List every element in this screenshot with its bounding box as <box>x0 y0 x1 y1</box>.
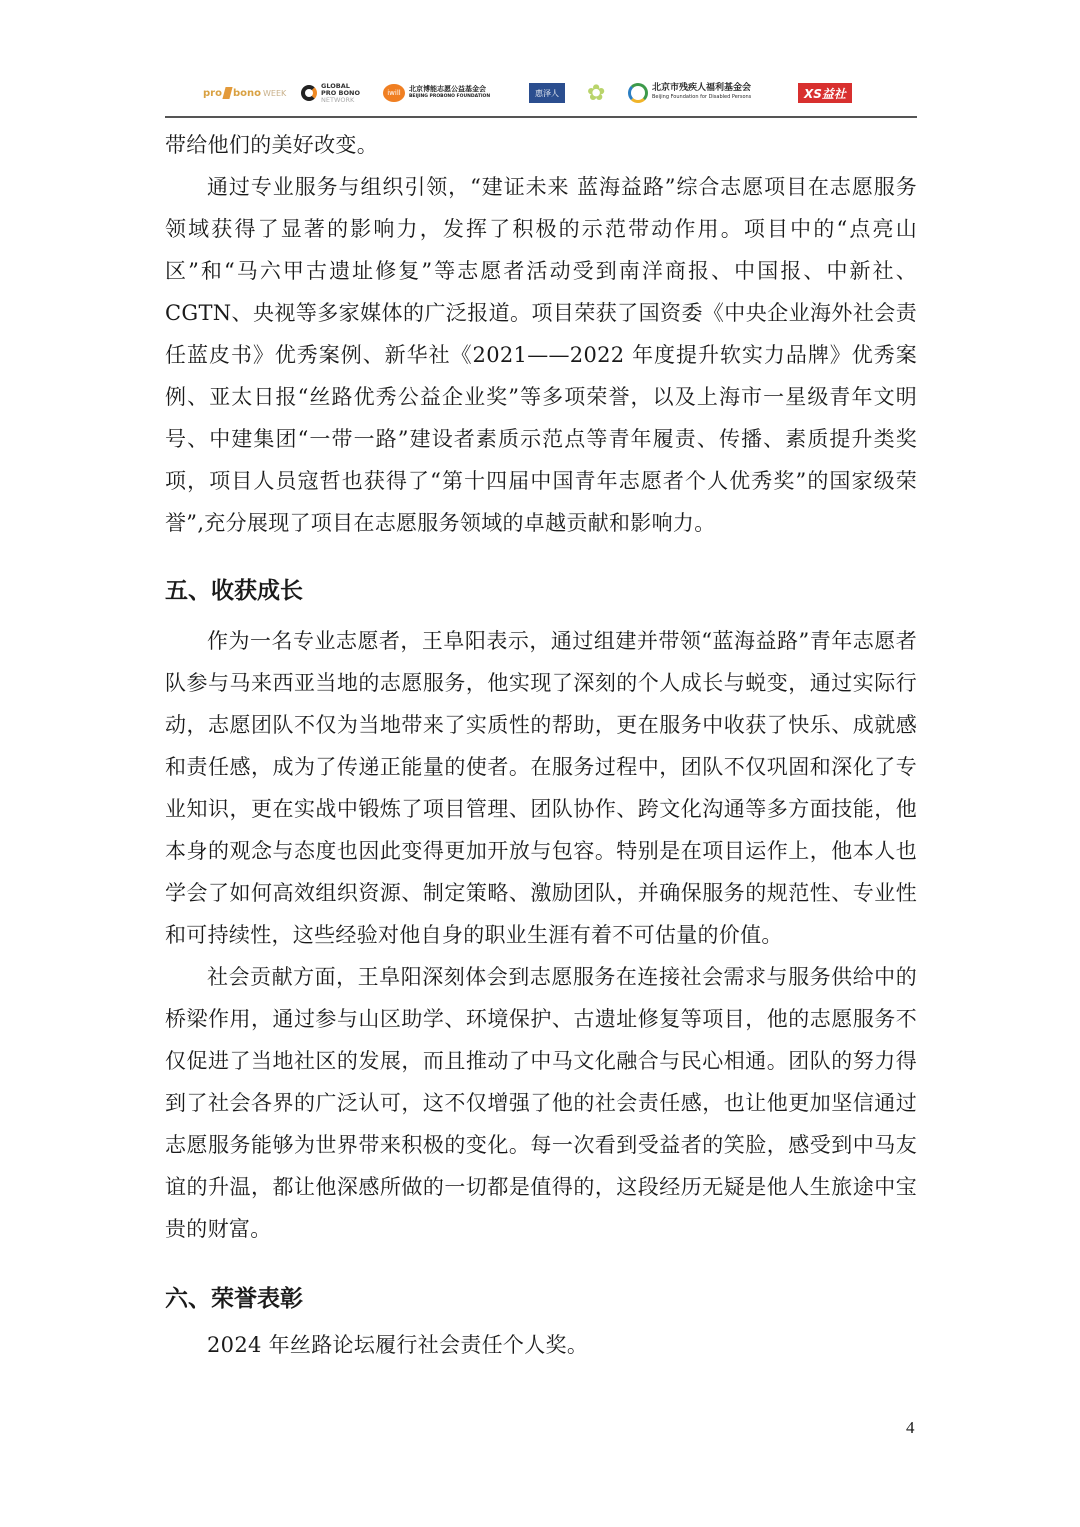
logo-line: BEIJING PROBONO FOUNDATION <box>409 93 490 101</box>
document-body: 带给他们的美好改变。 通过专业服务与组织引领，“建证未来 蓝海益路”综合志愿项目… <box>165 124 917 1366</box>
logo-line: Beijing Foundation for Disabled Persons <box>652 93 751 102</box>
page-header: pro bono WEEK GLOBAL PRO BONO NETWORK iw… <box>165 68 917 116</box>
global-pro-bono-network-logo: GLOBAL PRO BONO NETWORK <box>301 76 360 110</box>
paragraph-personal-growth: 作为一名专业志愿者，王阜阳表示，通过组建并带领“蓝海益路”青年志愿者队参与马来西… <box>165 620 917 956</box>
paragraph-social-contribution: 社会贡献方面，王阜阳深刻体会到志愿服务在连接社会需求与服务供给中的桥梁作用，通过… <box>165 956 917 1250</box>
header-divider <box>165 116 917 118</box>
paragraph-award: 2024 年丝路论坛履行社会责任个人奖。 <box>165 1324 917 1366</box>
logo-text: WEEK <box>263 89 286 98</box>
logo-text: XS益社 <box>798 83 852 103</box>
logo-text: GLOBAL PRO BONO NETWORK <box>321 83 360 104</box>
huize-logo: 惠泽人 <box>529 76 565 110</box>
logo-text: 北京市残疾人福利基金会 Beijing Foundation for Disab… <box>652 84 751 102</box>
pro-bono-week-logo: pro bono WEEK <box>203 76 286 110</box>
volunteer-flower-icon: ✿ <box>587 76 605 110</box>
logo-text: 北京博能志愿公益基金会 BEIJING PROBONO FOUNDATION <box>409 85 490 101</box>
logo-text: pro <box>203 88 222 99</box>
flag-icon <box>222 87 232 99</box>
section-heading-growth: 五、收获成长 <box>165 576 917 606</box>
logo-text: 惠泽人 <box>529 83 565 103</box>
beijing-disabled-foundation-logo: 北京市残疾人福利基金会 Beijing Foundation for Disab… <box>628 76 751 110</box>
logo-text: bono <box>233 88 261 99</box>
section-heading-honors: 六、荣誉表彰 <box>165 1284 917 1314</box>
beijing-probono-foundation-logo: iwill 北京博能志愿公益基金会 BEIJING PROBONO FOUNDA… <box>383 76 490 110</box>
swirl-icon <box>628 83 648 103</box>
paragraph-impact: 通过专业服务与组织引领，“建证未来 蓝海益路”综合志愿项目在志愿服务领域获得了显… <box>165 166 917 544</box>
logo-line: 北京博能志愿公益基金会 <box>409 85 490 93</box>
ring-icon <box>301 85 317 101</box>
sponsor-logos: pro bono WEEK GLOBAL PRO BONO NETWORK iw… <box>165 76 917 110</box>
page-number: 4 <box>906 1418 915 1438</box>
yishe-logo: XS益社 <box>798 76 852 110</box>
paragraph-continuation: 带给他们的美好改变。 <box>165 124 917 166</box>
flower-icon: ✿ <box>587 81 605 106</box>
iwill-badge-icon: iwill <box>383 84 405 102</box>
logo-line: NETWORK <box>321 97 360 104</box>
logo-line: 北京市残疾人福利基金会 <box>652 84 751 93</box>
